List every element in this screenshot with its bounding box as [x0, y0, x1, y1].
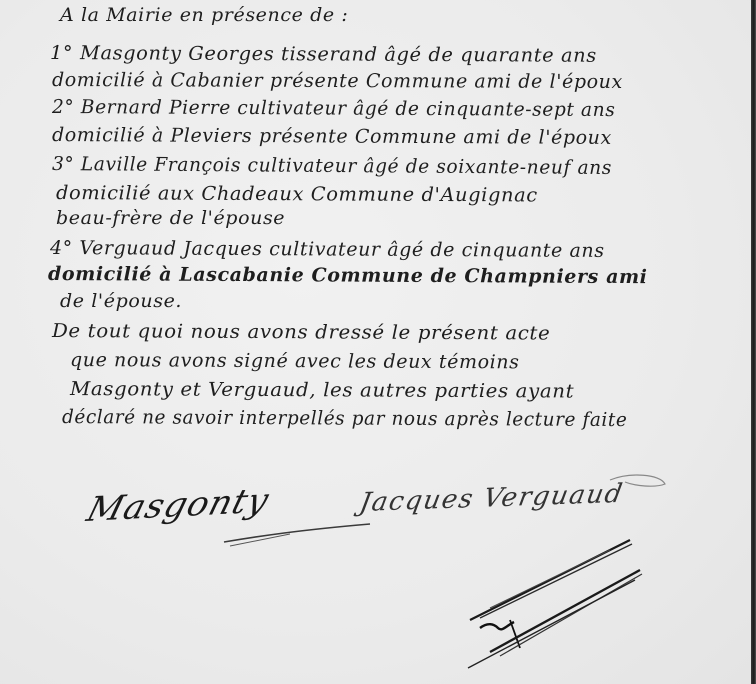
officer-paraph-icon: [460, 530, 660, 670]
text-line-closing-2: que nous avons signé avec les deux témoi…: [70, 349, 520, 373]
text-line-witness-4-domicile: domicilié à Lascabanie Commune de Champn…: [48, 263, 648, 288]
text-line-witness-2: 2° Bernard Pierre cultivateur âgé de cin…: [52, 96, 615, 121]
text-line-witness-4-relation: de l'épouse.: [60, 290, 182, 312]
signature-underline: [220, 520, 380, 550]
text-line-closing-4: déclaré ne savoir interpellés par nous a…: [62, 406, 628, 431]
text-line-opening: A la Mairie en présence de :: [60, 4, 348, 26]
text-line-witness-2-domicile: domicilié à Pleviers présente Commune am…: [52, 124, 612, 149]
text-line-witness-3: 3° Laville François cultivateur âgé de s…: [52, 153, 612, 179]
text-line-witness-1-domicile: domicilié à Cabanier présente Commune am…: [52, 69, 623, 93]
text-line-witness-3-domicile: domicilié aux Chadeaux Commune d'Augigna…: [56, 182, 538, 206]
page-edge-binding: [751, 0, 756, 684]
text-line-closing-3: Masgonty et Verguaud, les autres parties…: [70, 378, 574, 403]
signature-flourish: [605, 470, 675, 500]
document-page: A la Mairie en présence de : 1° Masgonty…: [0, 0, 752, 684]
text-line-witness-4: 4° Verguaud Jacques cultivateur âgé de c…: [50, 237, 605, 262]
text-line-witness-1: 1° Masgonty Georges tisserand âgé de qua…: [50, 42, 597, 67]
text-line-witness-3-relation: beau-frère de l'épouse: [56, 207, 285, 229]
text-line-closing-1: De tout quoi nous avons dressé le présen…: [52, 320, 550, 345]
signature-jacques-verguaud: Jacques Verguaud: [357, 479, 625, 518]
